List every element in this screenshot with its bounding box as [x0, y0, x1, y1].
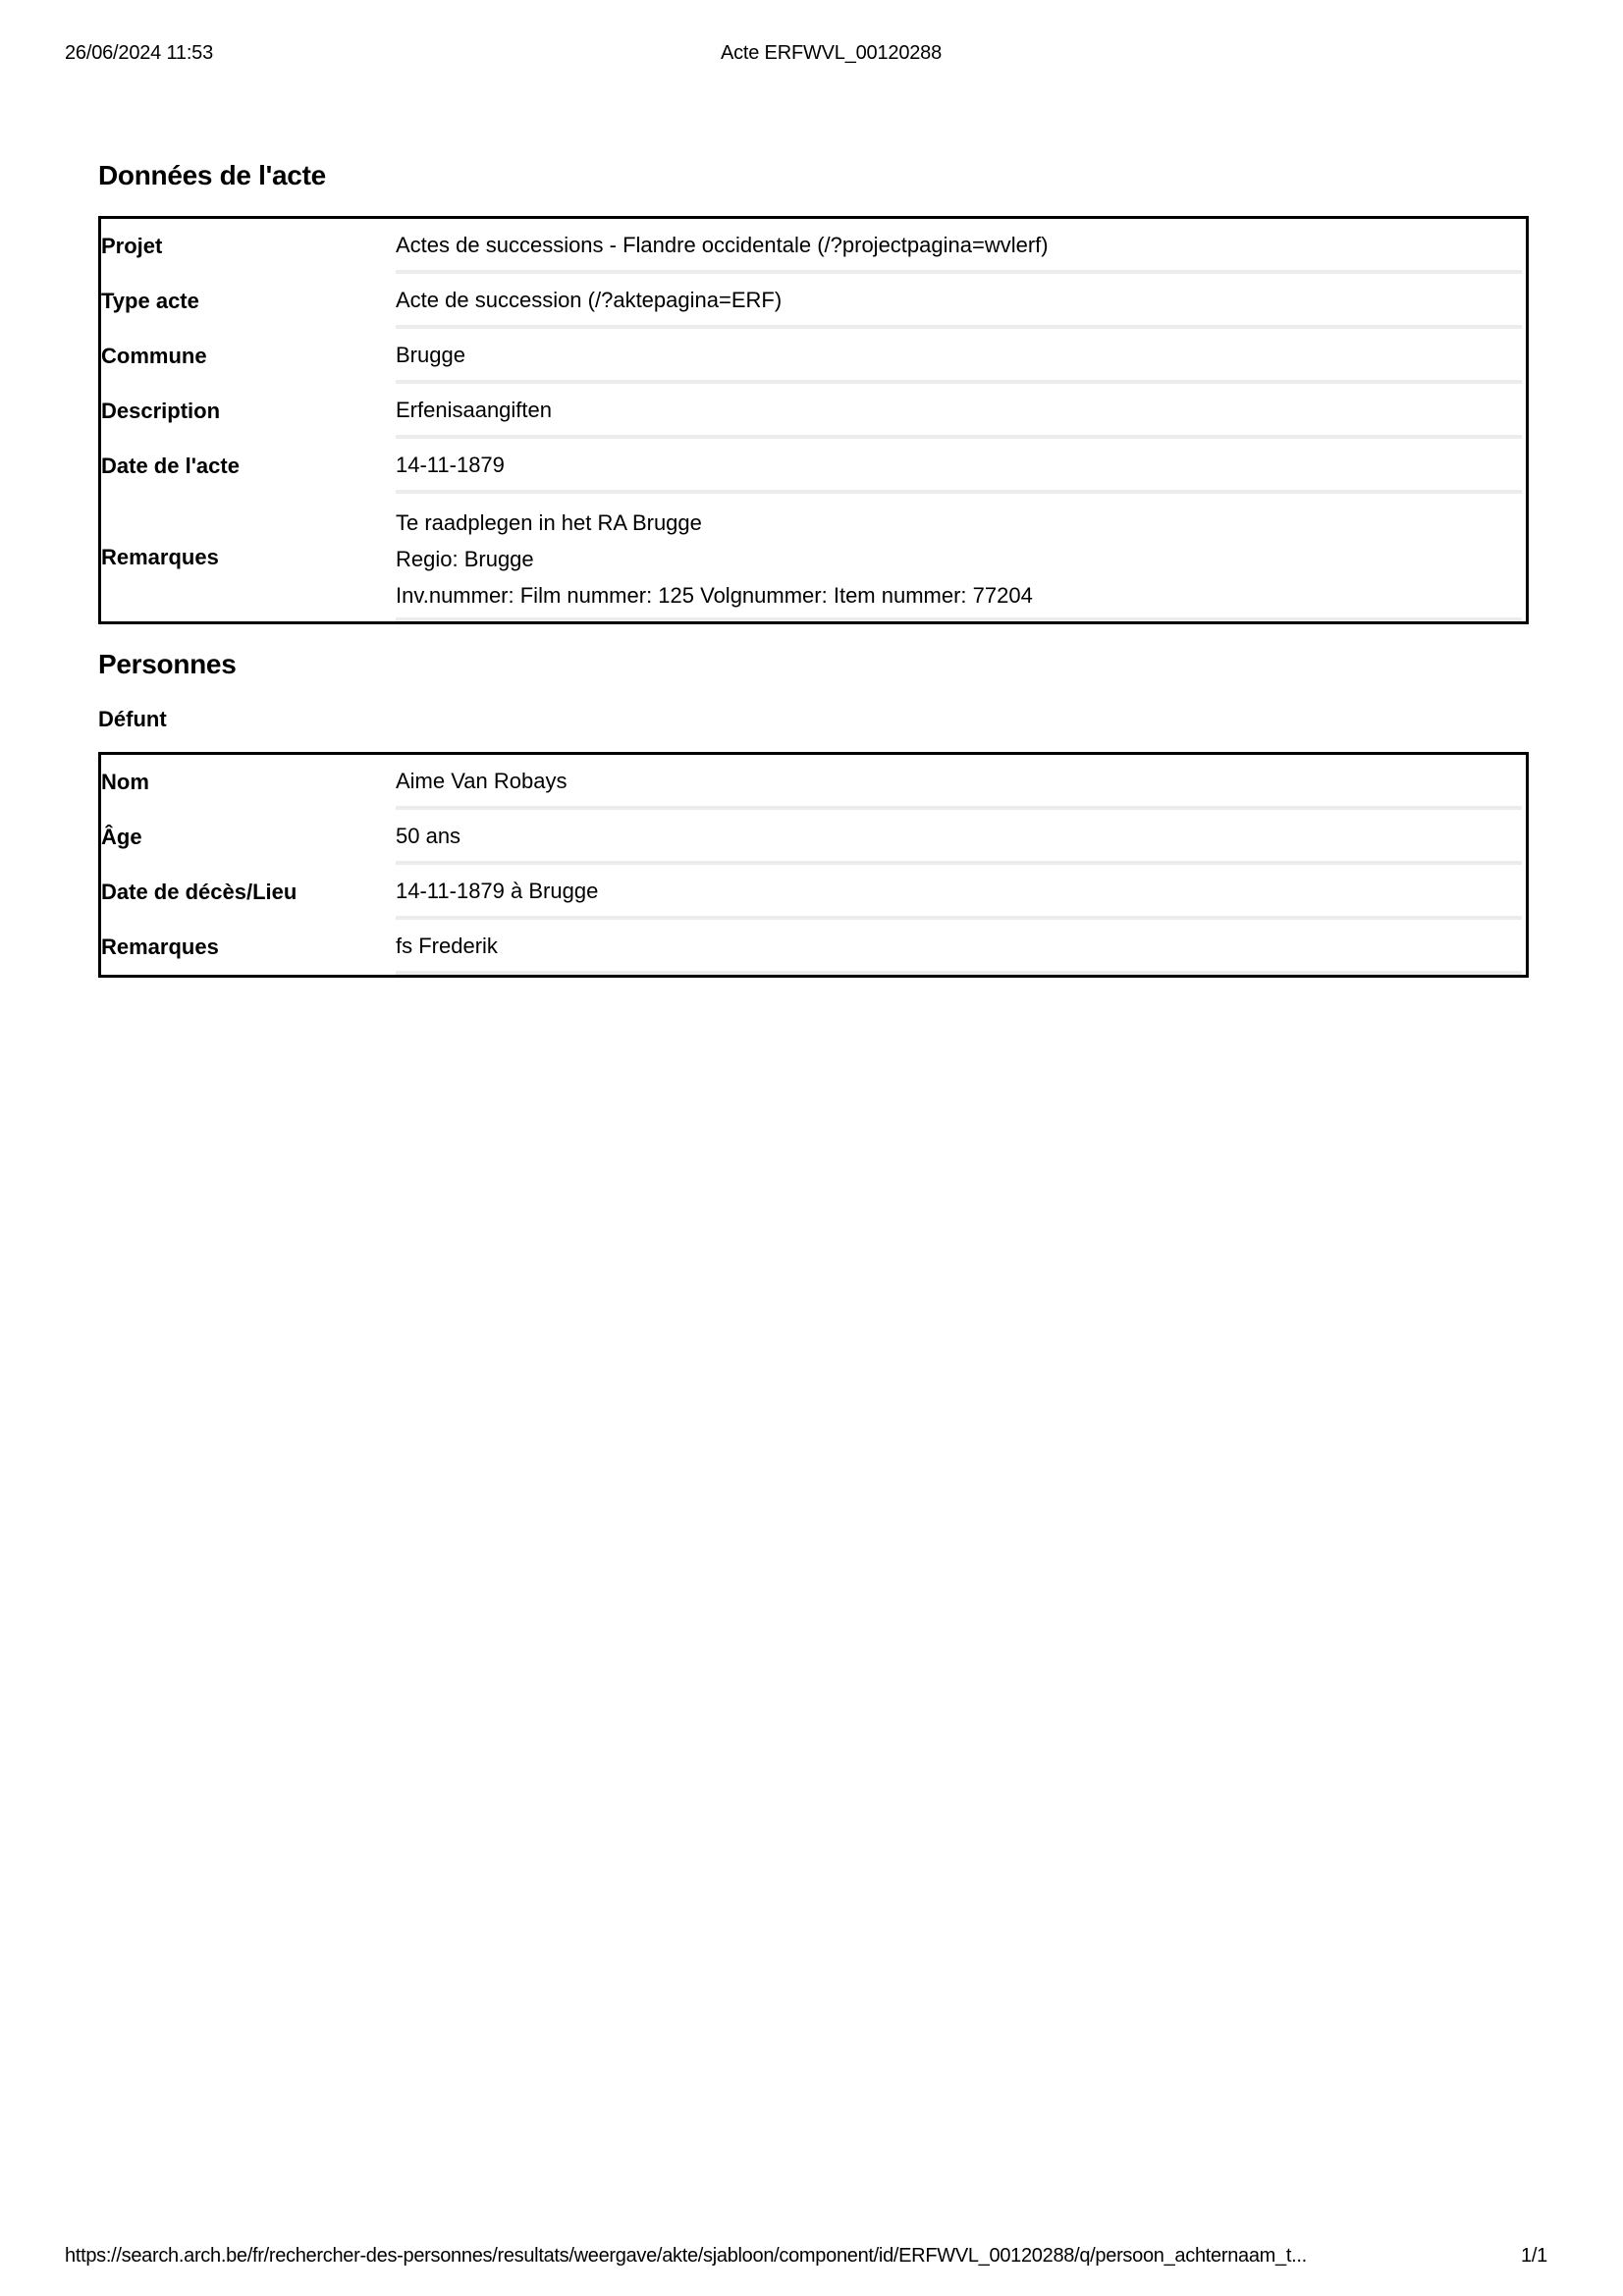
project-link[interactable]: Actes de successions - Flandre occidenta… [396, 219, 1522, 274]
row-value: fs Frederik [396, 920, 1522, 975]
table-row: Remarques fs Frederik [101, 920, 1522, 975]
page-number: 1/1 [1521, 2245, 1547, 2268]
table-row: Commune Brugge [101, 329, 1522, 384]
row-value: 50 ans [396, 810, 1522, 865]
table-row: Projet Actes de successions - Flandre oc… [101, 219, 1522, 274]
row-label: Remarques [101, 920, 396, 975]
deceased-subheading: Défunt [98, 707, 167, 732]
deceased-table: Nom Aime Van Robays Âge 50 ans Date de d… [98, 752, 1529, 978]
table-row: Type acte Acte de succession (/?aktepagi… [101, 274, 1522, 329]
row-label: Description [101, 384, 396, 439]
act-type-link[interactable]: Acte de succession (/?aktepagina=ERF) [396, 274, 1522, 329]
row-value: 14-11-1879 à Brugge [396, 865, 1522, 920]
print-url: https://search.arch.be/fr/rechercher-des… [65, 2245, 1307, 2268]
remark-line: Te raadplegen in het RA Brugge [396, 505, 1522, 541]
table-row: Remarques Te raadplegen in het RA Brugge… [101, 494, 1522, 621]
row-value: Brugge [396, 329, 1522, 384]
row-label: Date de l'acte [101, 439, 396, 494]
row-label: Remarques [101, 494, 396, 621]
row-label: Âge [101, 810, 396, 865]
table-row: Nom Aime Van Robays [101, 755, 1522, 810]
row-label: Commune [101, 329, 396, 384]
act-data-heading: Données de l'acte [98, 160, 326, 191]
remark-line: Regio: Brugge [396, 541, 1522, 577]
print-title: Acte ERFWVL_00120288 [0, 42, 1623, 65]
row-label: Type acte [101, 274, 396, 329]
row-label: Projet [101, 219, 396, 274]
row-label: Nom [101, 755, 396, 810]
row-value: Aime Van Robays [396, 755, 1522, 810]
act-data-table: Projet Actes de successions - Flandre oc… [98, 216, 1529, 624]
table-row: Date de décès/Lieu 14-11-1879 à Brugge [101, 865, 1522, 920]
table-row: Âge 50 ans [101, 810, 1522, 865]
row-value: Erfenisaangiften [396, 384, 1522, 439]
row-value: 14-11-1879 [396, 439, 1522, 494]
table-row: Date de l'acte 14-11-1879 [101, 439, 1522, 494]
persons-heading: Personnes [98, 649, 236, 680]
row-label: Date de décès/Lieu [101, 865, 396, 920]
remarks-value: Te raadplegen in het RA Brugge Regio: Br… [396, 494, 1522, 621]
remark-line: Inv.nummer: Film nummer: 125 Volgnummer:… [396, 577, 1522, 614]
table-row: Description Erfenisaangiften [101, 384, 1522, 439]
